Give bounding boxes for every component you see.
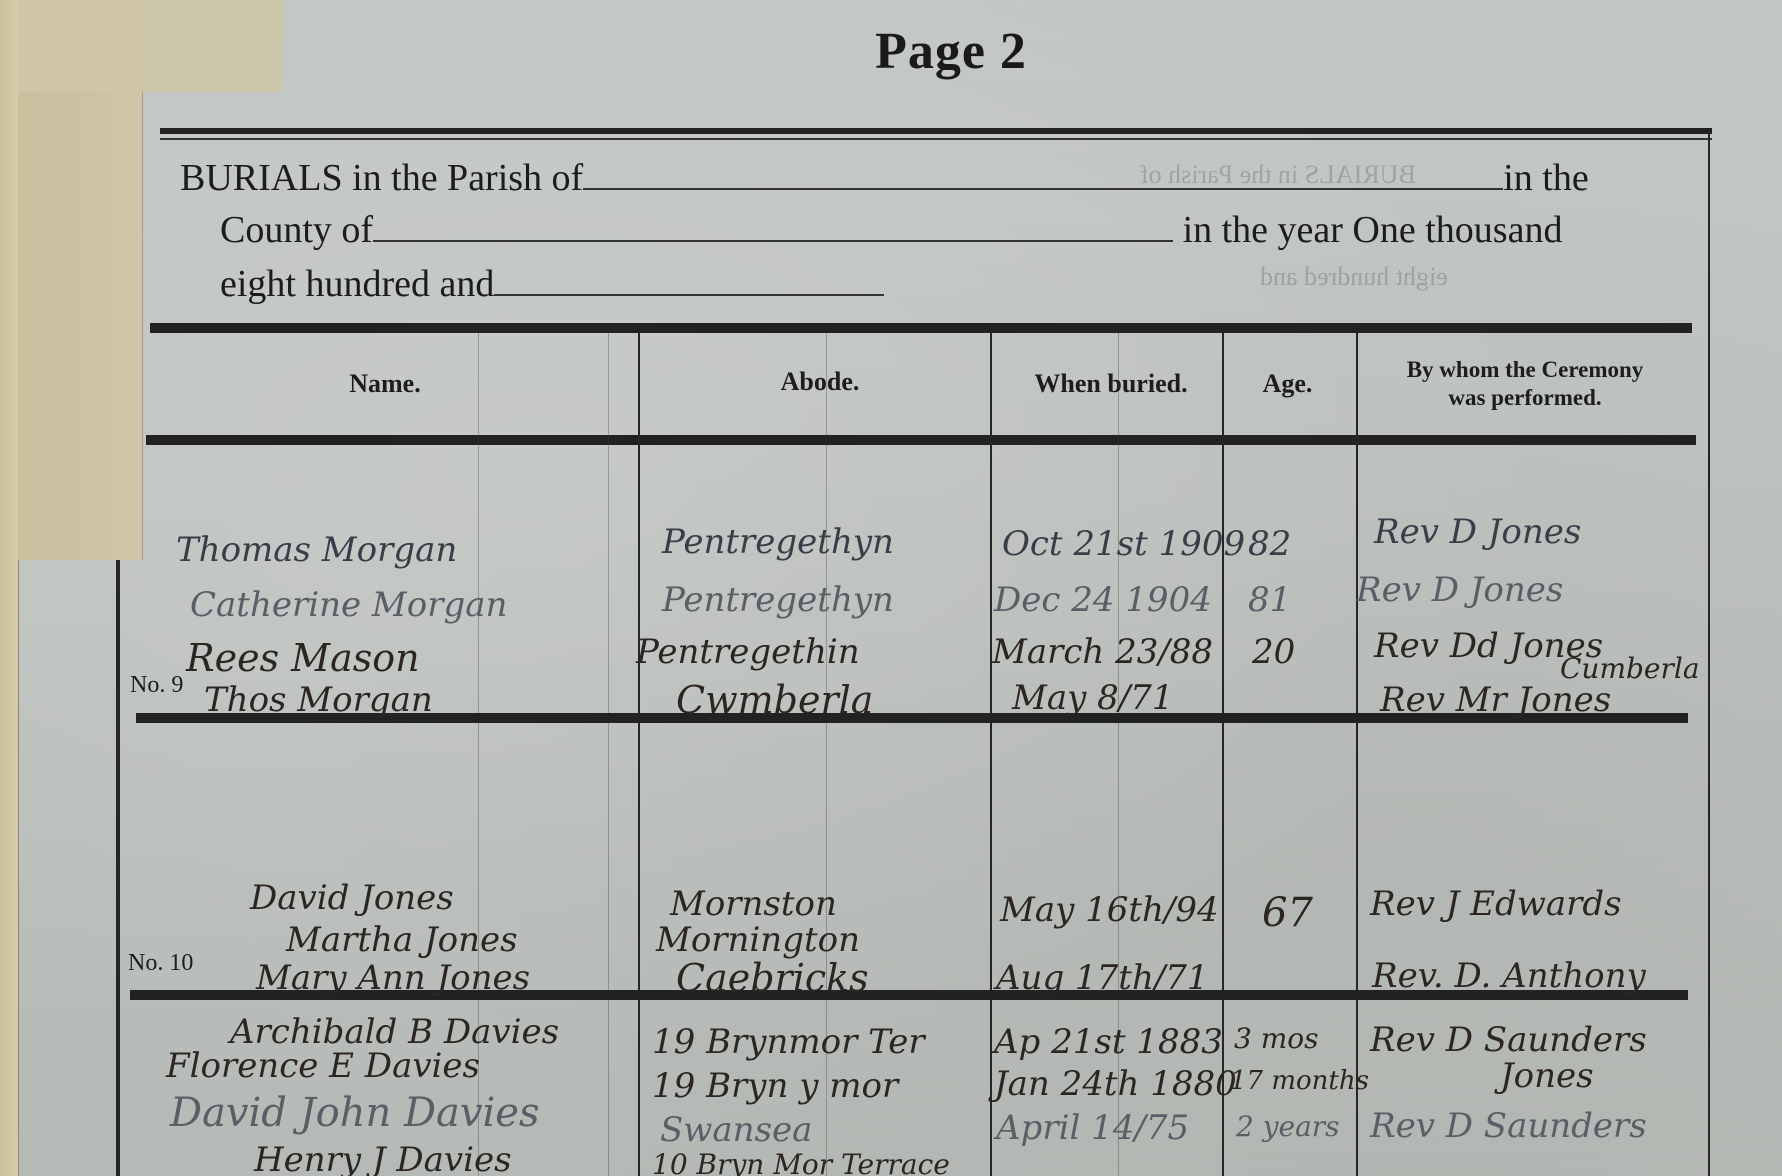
divider-abode-when xyxy=(990,333,992,1176)
header-line-year: eight hundred and xyxy=(220,262,884,306)
entry-name: Rees Mason xyxy=(186,636,420,680)
register-page: Page 2 BURIALS in the Parish ofin the Co… xyxy=(0,0,1782,1176)
frame-top-rule xyxy=(160,128,1712,134)
entry-when-buried: May 16th/94 xyxy=(1000,890,1219,930)
divider-age-ceremony xyxy=(1356,333,1358,1176)
divider-name-abode xyxy=(638,333,640,1176)
entry-abode: Swansea xyxy=(660,1110,812,1150)
entry-age: 81 xyxy=(1248,580,1291,620)
entry-age: 17 months xyxy=(1230,1066,1369,1096)
column-header-top-rule xyxy=(150,323,1692,333)
column-header-ceremony: By whom the Ceremony was performed. xyxy=(1360,356,1690,412)
entry-when-buried: Oct 21st 1909 xyxy=(1002,524,1245,564)
page-title: Page 2 xyxy=(0,22,1782,81)
entry-name: Catherine Morgan xyxy=(190,585,507,625)
frame-left-rule xyxy=(116,560,120,1176)
header-line-county: County of in the year One thousand xyxy=(220,208,1562,252)
entry-abode: Caebricks xyxy=(676,956,869,1000)
entry-when-buried: March 23/88 xyxy=(992,632,1213,672)
frame-right-rule xyxy=(1708,132,1710,1176)
entry-name: Martha Jones xyxy=(286,920,518,960)
entry-name: Thos Morgan xyxy=(204,680,433,720)
entry-ceremony-by: Rev D Saunders xyxy=(1370,1106,1647,1146)
showthrough-text: BURIALS in the Parish of xyxy=(1140,160,1416,190)
column-header-name: Name. xyxy=(300,370,470,398)
entry-ceremony-by: Rev Mr Jones xyxy=(1380,680,1611,720)
county-field[interactable] xyxy=(373,240,1173,242)
county-suffix: in the year One thousand xyxy=(1183,209,1563,251)
entry-name: Henry J Davies xyxy=(254,1140,512,1176)
entry-ceremony-by: Rev D Jones xyxy=(1356,570,1563,610)
parish-suffix: in the xyxy=(1503,157,1588,199)
entry-name: Florence E Davies xyxy=(166,1046,480,1086)
entry-name: Thomas Morgan xyxy=(176,530,457,570)
entry-age: 82 xyxy=(1248,524,1291,564)
entry-when-buried: April 14/75 xyxy=(996,1108,1189,1148)
entry-ceremony-by: Rev J Edwards xyxy=(1370,884,1622,924)
entry-age: 67 xyxy=(1262,890,1313,936)
year-field[interactable] xyxy=(494,294,884,296)
entry-when-buried: May 8/71 xyxy=(1012,678,1173,718)
entry-abode: Pentregethyn xyxy=(662,580,894,620)
entry-abode: 19 Brynmor Ter xyxy=(652,1022,925,1062)
entry-name: Mary Ann Jones xyxy=(256,958,530,998)
entry-ceremony-by: Rev D Jones xyxy=(1374,512,1581,552)
entry-number-9: No. 9 xyxy=(130,672,183,699)
entry-abode: 19 Bryn y mor xyxy=(652,1066,898,1106)
entry-abode: Mornington xyxy=(656,920,860,960)
column-header-when-buried: When buried. xyxy=(996,370,1226,398)
entry-abode: 10 Bryn Mor Terrace xyxy=(652,1148,950,1176)
year-label: eight hundred and xyxy=(220,263,494,305)
county-label: County of xyxy=(220,209,373,251)
entry-when-buried: Ap 21st 1883 xyxy=(994,1022,1223,1062)
faint-ruling xyxy=(608,333,609,1176)
entry-age: 20 xyxy=(1252,632,1295,672)
entry-abode: Pentregethin xyxy=(636,632,860,672)
entry-name: David Jones xyxy=(250,878,454,918)
entry-ceremony-by: Jones xyxy=(1500,1056,1594,1096)
parish-label: BURIALS in the Parish of xyxy=(180,157,583,199)
entry-when-buried: Jan 24th 1880 xyxy=(994,1064,1237,1104)
entry-when-buried: Aug 17th/71 xyxy=(996,958,1209,998)
margin-note: Cumberla xyxy=(1560,652,1700,685)
showthrough-text: eight hundred and xyxy=(1260,262,1448,292)
entry-abode: Cwmberla xyxy=(676,678,873,722)
entry-age: 2 years xyxy=(1236,1110,1340,1143)
entry-number-10: No. 10 xyxy=(128,950,193,977)
column-header-bottom-rule xyxy=(146,435,1696,445)
entry-ceremony-by: Rev D Saunders xyxy=(1370,1020,1647,1060)
column-header-age: Age. xyxy=(1230,370,1345,398)
frame-top-rule-thin xyxy=(160,138,1712,140)
entry-ceremony-by: Rev. D. Anthony xyxy=(1372,956,1646,996)
entry-name: David John Davies xyxy=(170,1090,540,1136)
entry-when-buried: Dec 24 1904 xyxy=(994,580,1212,620)
column-header-abode: Abode. xyxy=(720,368,920,396)
entry-abode: Mornston xyxy=(670,884,837,924)
entry-abode: Pentregethyn xyxy=(662,522,894,562)
entry-age: 3 mos xyxy=(1234,1022,1319,1055)
book-binding xyxy=(0,0,19,1176)
